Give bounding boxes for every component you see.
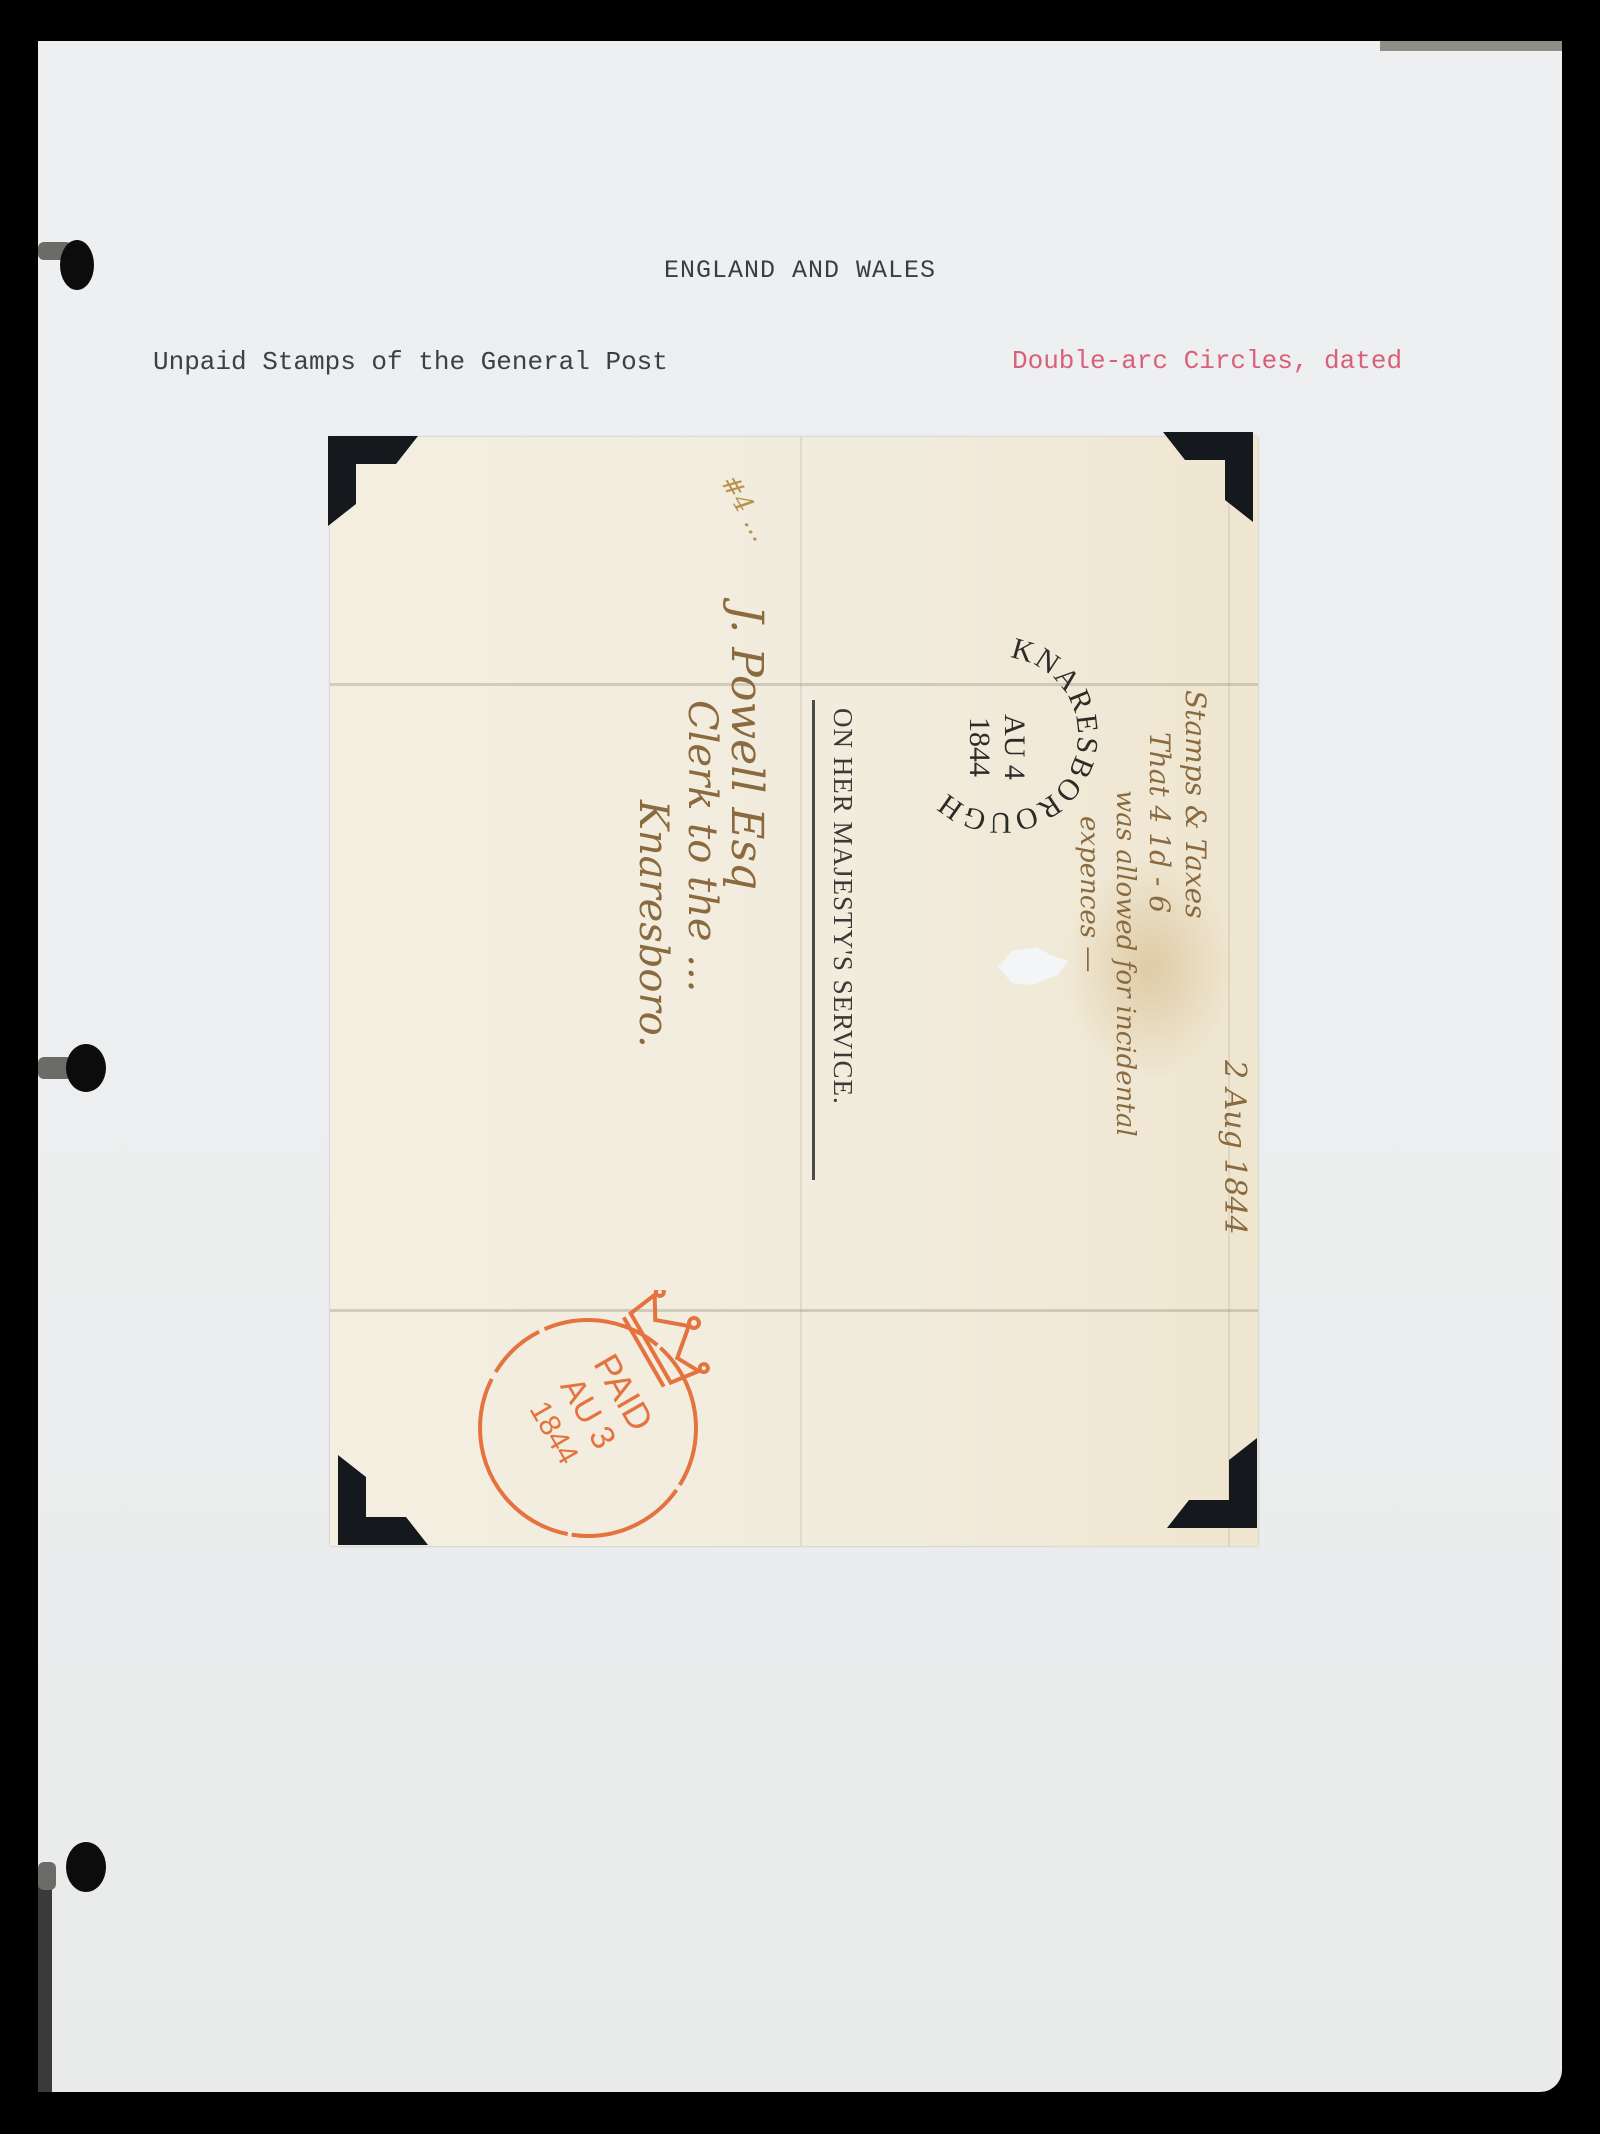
paid-crowned-postmark: PAID AU 3 1844 [470, 1290, 730, 1550]
svg-text:1844: 1844 [963, 717, 996, 777]
docket-line: That 4 1d - 6 [1143, 732, 1176, 913]
docket-line: was allowed for incidental [1110, 790, 1140, 1137]
binder-ring-icon [38, 1862, 56, 1890]
section-heading: Unpaid Stamps of the General Post [153, 347, 668, 377]
docket-line: Stamps & Taxes [1179, 690, 1212, 919]
fold-line [330, 683, 1258, 686]
svg-text:AU 4: AU 4 [998, 714, 1031, 780]
docket-line: expences — [1074, 816, 1104, 972]
frank-rule [812, 700, 815, 1180]
printed-frank: ON HER MAJESTY'S SERVICE. [822, 708, 858, 1198]
photo-corner-icon [326, 434, 418, 526]
category-heading: Double-arc Circles, dated [1012, 346, 1402, 376]
binder-spine [38, 1880, 52, 2092]
photo-corner-icon [336, 1455, 428, 1547]
paper-tear [998, 947, 1068, 987]
binder-hole-icon [66, 1842, 106, 1892]
page-title: ENGLAND AND WALES [0, 256, 1600, 285]
knaresborough-postmark: KNARESBOROUGH AU 4 1844 [900, 635, 1100, 835]
page-edge [1380, 41, 1562, 51]
address-line: Clerk to the ... [679, 700, 725, 992]
address-line: J. Powell Esq [721, 605, 772, 890]
fold-line [1228, 437, 1230, 1546]
photo-corner-icon [1167, 1438, 1259, 1530]
fold-line [800, 437, 802, 1546]
binder-hole-icon [66, 1044, 106, 1092]
date-note: 2 Aug 1844 [1217, 1060, 1252, 1235]
photo-corner-icon [1163, 430, 1255, 522]
address-line: Knaresboro. [630, 800, 676, 1048]
